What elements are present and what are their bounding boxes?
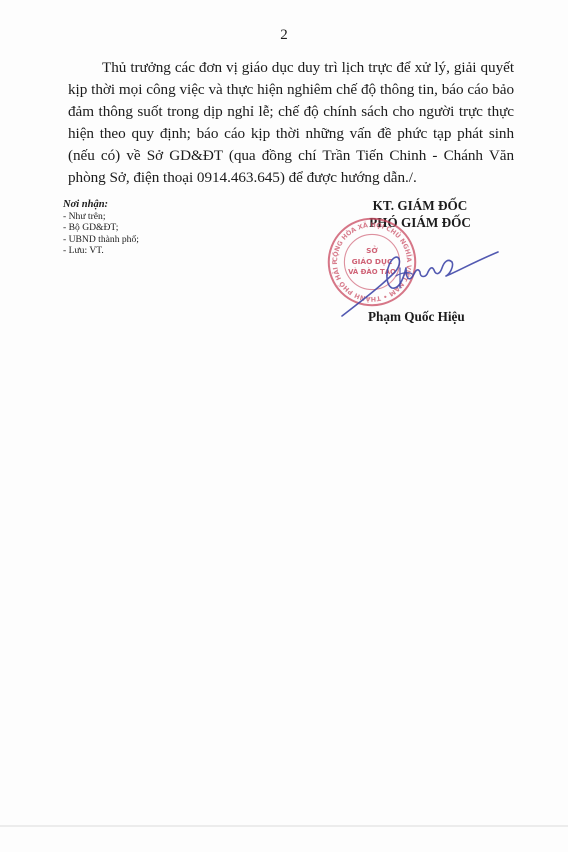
- page-divider: [0, 825, 568, 827]
- recipient-item: - UBND thành phố;: [63, 234, 139, 246]
- recipient-item: - Bộ GD&ĐT;: [63, 222, 139, 234]
- stamp-center-line2: GIÁO DỤC: [352, 257, 393, 266]
- body-paragraph: Thủ trưởng các đơn vị giáo dục duy trì l…: [68, 57, 514, 189]
- signature-title-line2: PHÓ GIÁM ĐỐC: [340, 214, 500, 231]
- signature-title-block: KT. GIÁM ĐỐC PHÓ GIÁM ĐỐC: [340, 197, 500, 231]
- recipients-block: Nơi nhận: - Như trên; - Bộ GD&ĐT; - UBND…: [63, 199, 139, 257]
- stamp-center-line1: SỞ: [366, 245, 378, 255]
- body-paragraph-container: Thủ trưởng các đơn vị giáo dục duy trì l…: [68, 57, 514, 189]
- recipient-item: - Như trên;: [63, 211, 139, 223]
- recipient-item: - Lưu: VT.: [63, 245, 139, 257]
- page-number: 2: [0, 27, 568, 44]
- recipients-title: Nơi nhận:: [63, 199, 139, 211]
- stamp-center-line3: VÀ ĐÀO TẠO: [348, 267, 396, 276]
- signature-title-line1: KT. GIÁM ĐỐC: [340, 197, 500, 214]
- signer-name: Phạm Quốc Hiệu: [368, 309, 465, 325]
